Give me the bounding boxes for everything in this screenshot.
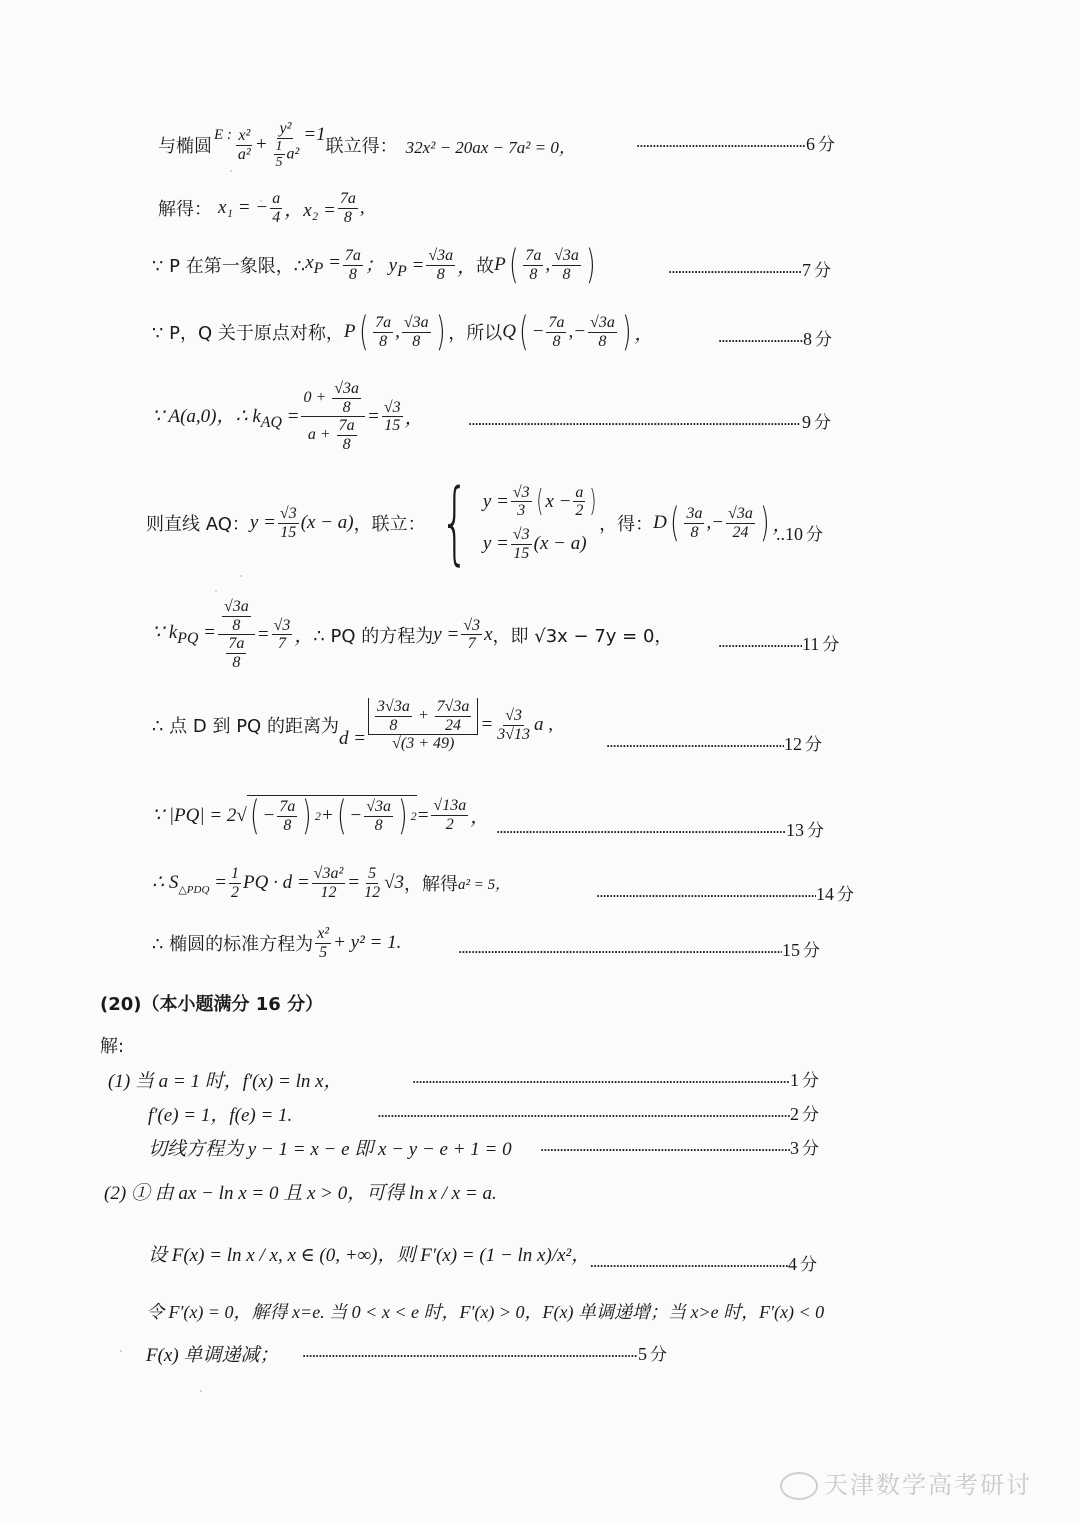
line-text: ，所以 <box>448 319 502 345</box>
score-9: 9分 <box>802 408 831 433</box>
dot-leader: ........................................… <box>412 1068 790 1088</box>
dot-leader: ........................................… <box>496 818 786 838</box>
p20-part2-line1: (2) ① 由 ax − ln x = 0 且 x > 0，可得 ln x / … <box>104 1178 497 1205</box>
dot-leader: ........................................… <box>468 410 800 430</box>
score-13: 13分 <box>786 816 824 841</box>
solution-line-12: ∴ 点 D 到 PQ 的距离为 d = 3√3a8 + 7√3a24√(3 + … <box>152 698 553 753</box>
scan-noise <box>215 590 217 592</box>
dot-leader: ........................................… <box>302 1342 638 1362</box>
score-p20-4: 4分 <box>788 1250 817 1275</box>
score-p20-1: 1分 <box>790 1066 819 1091</box>
dot-leader: ........................................… <box>668 258 802 278</box>
score-7: 7分 <box>802 256 831 281</box>
p20-part2-line4: F(x) 单调递减； <box>146 1340 278 1367</box>
watermark-text: 天津数学高考研讨 <box>824 1471 1032 1499</box>
solution-line-solve: 解得： x₁ = − a4 ，x₂ = 7a8 , <box>158 190 365 226</box>
solution-line-15: ∴ 椭圆的标准方程为 x²5 + y² = 1. <box>152 925 401 961</box>
p20-part1-line3: 切线方程为 y − 1 = x − e 即 x − y − e + 1 = 0 <box>148 1134 512 1161</box>
score-14: 14分 <box>816 880 854 905</box>
dot-leader: ........................................… <box>718 327 803 347</box>
score-p20-5: 5分 <box>638 1340 667 1365</box>
dot-leader: ........................................… <box>636 132 806 152</box>
line-text: 与椭圆 <box>158 132 212 158</box>
solve-label: 解: <box>100 1032 124 1058</box>
score-10: ..10分 <box>776 520 823 545</box>
score-15: 15分 <box>782 936 820 961</box>
dot-leader: ........................................… <box>606 732 784 752</box>
line-text: ∵ P，Q 关于原点对称， <box>152 319 344 345</box>
p20-part2-line3: 令 F′(x) = 0，解得 x=e. 当 0 < x < e 时，F′(x) … <box>146 1298 824 1324</box>
scan-noise <box>240 575 242 577</box>
dot-leader: ........................................… <box>458 938 782 958</box>
solution-line-6: 与椭圆 E : x²a² + y²15a² =1 联立得： 32x² − 20a… <box>158 120 576 170</box>
scan-noise <box>120 1350 122 1352</box>
line-text: ∵ P 在第一象限，∴ <box>152 252 305 278</box>
equation: a² = 5， <box>458 873 510 894</box>
scan-noise <box>200 1390 202 1392</box>
solution-line-7: ∵ P 在第一象限，∴ xP = 7a8 ； yP = √3a8 ， 故 P( … <box>152 245 598 285</box>
watermark: 天津数学高考研讨 <box>780 1465 1032 1500</box>
dot-leader: ........................................… <box>540 1136 790 1156</box>
line-text: 则直线 AQ： <box>146 510 250 536</box>
line-text: ∴ 点 D 到 PQ 的距离为 <box>152 712 339 738</box>
p20-part1-line2: f′(e) = 1，f(e) = 1. <box>148 1100 292 1127</box>
line-text: ∴ 椭圆的标准方程为 <box>152 930 313 956</box>
scan-noise <box>260 200 262 202</box>
solution-line-8: ∵ P，Q 关于原点对称， P( 7a8, √3a8) ，所以 Q(− 7a8,… <box>152 312 653 352</box>
score-p20-2: 2分 <box>790 1100 819 1125</box>
line-text: 解得： <box>158 195 212 221</box>
dot-leader: ........................................… <box>374 1102 790 1122</box>
score-p20-3: 3分 <box>790 1134 819 1159</box>
line-text: 联立得： <box>326 132 398 158</box>
line-text: ，解得 <box>404 870 458 896</box>
dot-leader: ........................................… <box>596 882 816 902</box>
dot-leader: ........................................… <box>588 1252 788 1272</box>
line-text: ，得： <box>599 510 653 536</box>
line-text: ，联立： <box>354 510 426 536</box>
line-text: ∴ PQ 的方程为 <box>313 622 433 648</box>
problem-20-heading: (20)（本小题满分 16 分） <box>100 990 323 1016</box>
line-text: ，即 √3x − 7y = 0， <box>493 622 673 648</box>
solution-line-11: ∵ kPQ = √3a87a8 = √37 ， ∴ PQ 的方程为 y = √3… <box>152 598 672 671</box>
line-text: 故 <box>476 252 494 278</box>
scan-noise <box>230 170 232 172</box>
score-8: 8分 <box>803 325 832 350</box>
p20-part1-line1: (1) 当 a = 1 时，f′(x) = ln x， <box>108 1066 343 1093</box>
solution-line-9: ∵ A(a,0)，∴ kAQ = 0 + √3a8a + 7a8 = √315 … <box>152 380 424 453</box>
p20-part2-line2: 设 F(x) = ln x / x, x ∈ (0, +∞)，则 F′(x) =… <box>148 1240 590 1267</box>
score-12: 12分 <box>784 730 822 755</box>
solution-line-14: ∴ S△PDQ = 12 PQ · d = √3a²12 = 512 √3 ，解… <box>152 865 510 901</box>
dot-leader: ........................................… <box>718 632 802 652</box>
solution-line-10: 则直线 AQ： y = √315 (x − a) ，联立： { y =√33(x… <box>146 478 791 568</box>
wechat-icon <box>780 1472 818 1500</box>
equation: 32x² − 20ax − 7a² = 0， <box>406 133 576 158</box>
score-6: 6分 <box>806 130 835 155</box>
solution-line-13: ∵ |PQ| = 2√ (−7a8)2 + (−√3a8)2 = √13a2 ， <box>152 795 489 836</box>
score-11: 11分 <box>802 630 839 655</box>
